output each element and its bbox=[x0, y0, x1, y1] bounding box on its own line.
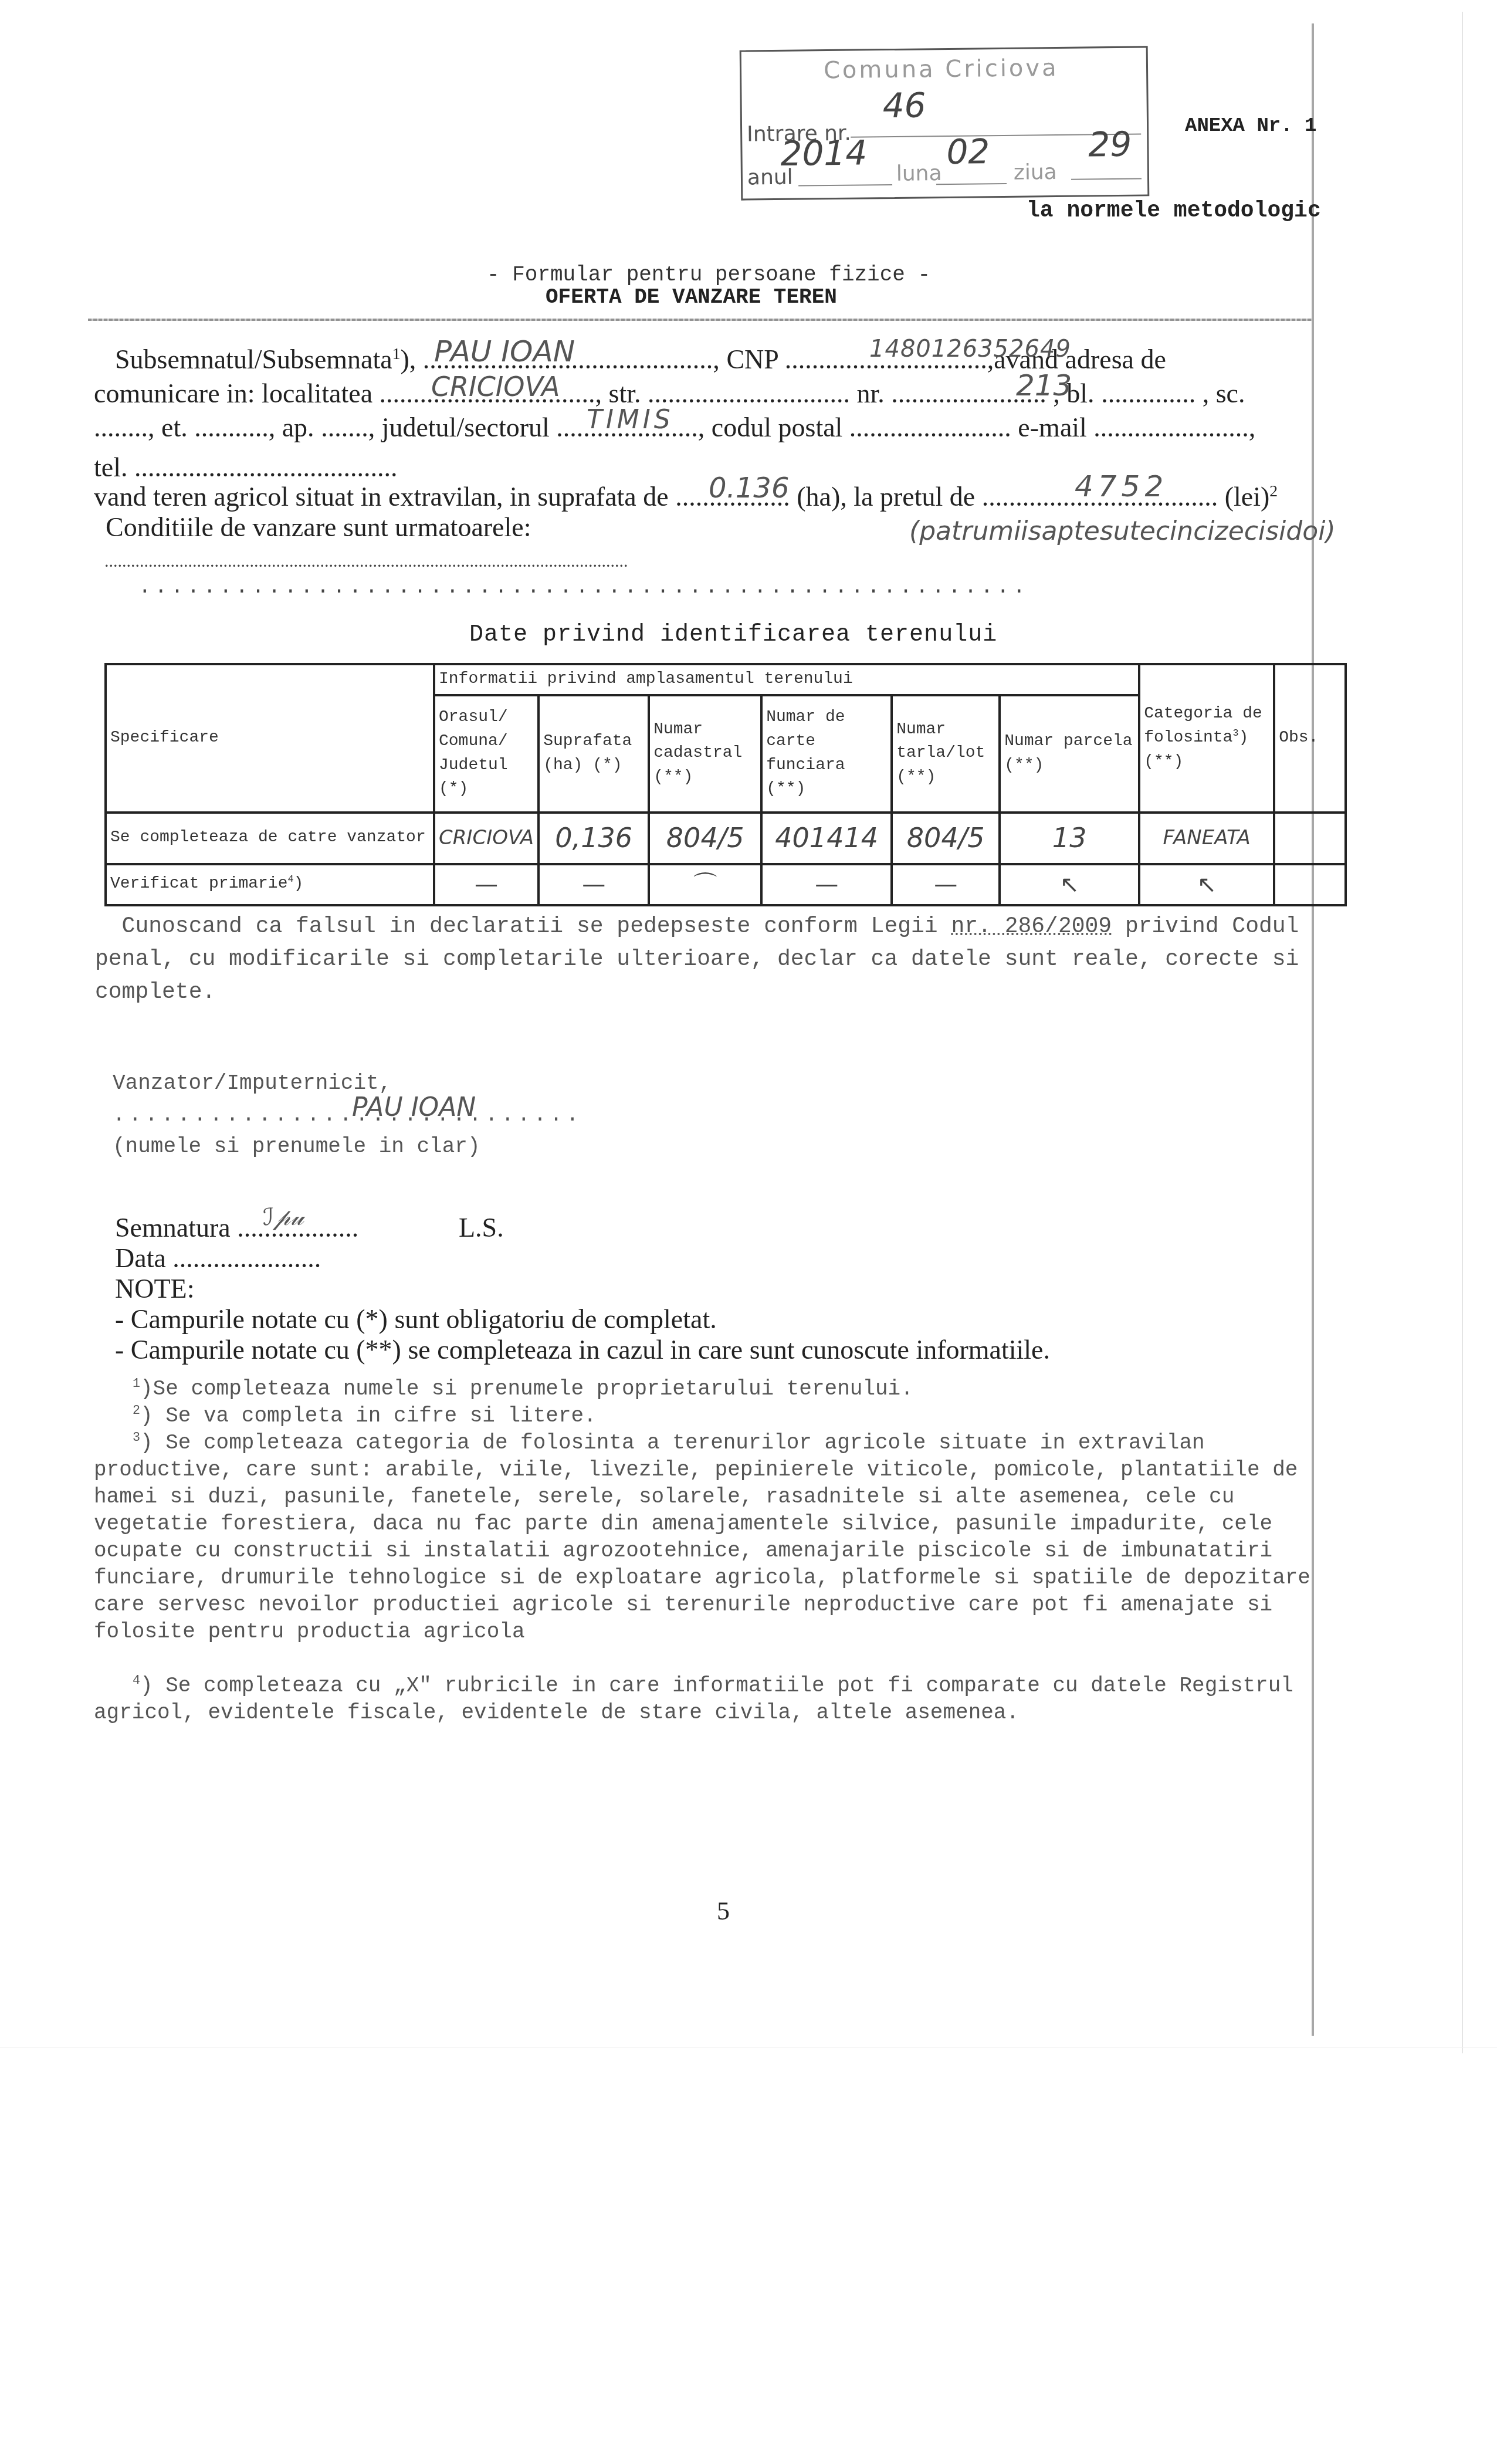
semnatura-line: Semnatura .................. bbox=[115, 1212, 358, 1243]
email-label: e-mail bbox=[1018, 412, 1087, 442]
offer-text: vand teren agricol situat in extravilan,… bbox=[94, 482, 669, 512]
declaration-text: Cunoscand ca falsul in declaratii se ped… bbox=[95, 911, 1309, 1009]
header-specificare: Specificare bbox=[106, 664, 434, 813]
cell-carte-funciara[interactable]: — bbox=[761, 864, 892, 905]
row-label: Se completeaza de catre vanzator bbox=[106, 813, 434, 864]
header-tarla: Numar tarla/lot (**) bbox=[892, 695, 1000, 813]
judet-field[interactable]: TIMIS bbox=[587, 405, 674, 435]
tel-label: tel. bbox=[94, 452, 127, 482]
table-row: Se completeaza de catre vanzator CRICIOV… bbox=[106, 813, 1346, 864]
price-in-words-field[interactable]: (patrumiisaptesutecincizecisidoi) bbox=[909, 516, 1336, 546]
cell-categoria[interactable]: ↖ bbox=[1139, 864, 1274, 905]
area-field[interactable]: 0.136 bbox=[709, 472, 789, 505]
cell-suprafata[interactable]: — bbox=[538, 864, 649, 905]
conditions-label: Conditiile de vanzare sunt urmatoarele: bbox=[106, 512, 531, 543]
scanned-page: Comuna Criciova 46 Intrare nr. anul 2014… bbox=[0, 0, 1497, 2464]
ha-label: (ha), la pretul de bbox=[797, 482, 975, 512]
note-item: - Campurile notate cu (*) sunt obligator… bbox=[115, 1304, 717, 1335]
header-group-amplasament: Informatii privind amplasamentul terenul… bbox=[434, 664, 1139, 695]
header-suprafata: Suprafata (ha) (*) bbox=[538, 695, 649, 813]
cell-orasul[interactable]: — bbox=[434, 864, 538, 905]
signature-field[interactable]: ℐ𝓅𝓊 bbox=[263, 1204, 304, 1231]
header-nr-cadastral: Numar cadastral (**) bbox=[649, 695, 761, 813]
land-identification-table: Specificare Informatii privind amplasame… bbox=[104, 663, 1347, 906]
data-line[interactable]: Data ...................... bbox=[115, 1243, 321, 1274]
cell-parcela[interactable]: 13 bbox=[1000, 813, 1139, 864]
note-item: - Campurile notate cu (**) se completeaz… bbox=[115, 1334, 1050, 1365]
stamp-organization: Comuna Criciova bbox=[824, 55, 1059, 84]
ap-label: ap. bbox=[282, 412, 314, 442]
cell-nr-cadastral[interactable]: 804/5 bbox=[649, 813, 761, 864]
cell-obs[interactable] bbox=[1274, 813, 1346, 864]
stamp-day: 29 bbox=[1088, 124, 1132, 165]
stamp-year: 2014 bbox=[780, 133, 867, 174]
nr-field[interactable]: 213 bbox=[1016, 368, 1072, 402]
page-number: 5 bbox=[717, 1896, 730, 1926]
et-label: et. bbox=[161, 412, 188, 442]
header-orasul: Orasul/ Comuna/ Judetul (*) bbox=[434, 695, 538, 813]
subsemnatul-label: Subsemnatul/Subsemnata bbox=[115, 344, 392, 374]
header-parcela: Numar parcela (**) bbox=[1000, 695, 1139, 813]
cnp-label: CNP bbox=[726, 344, 778, 374]
role-label: Vanzator/Imputernicit, bbox=[113, 1068, 582, 1099]
conditions-dots-1[interactable]: ........................................… bbox=[104, 551, 628, 571]
header-divider bbox=[88, 319, 1312, 321]
table-caption: Date privind identificarea terenului bbox=[469, 622, 997, 648]
cell-orasul[interactable]: CRICIOVA bbox=[434, 813, 538, 864]
signature-block: Vanzator/Imputernicit, .................… bbox=[113, 1068, 582, 1163]
stamp-month: 02 bbox=[946, 131, 990, 172]
notes-heading: NOTE: bbox=[115, 1273, 194, 1304]
ls-label: L.S. bbox=[459, 1212, 504, 1243]
cell-carte-funciara[interactable]: 401414 bbox=[761, 813, 892, 864]
stamp-day-label: ziua bbox=[1014, 160, 1057, 185]
comunicare-label: comunicare in: localitatea bbox=[94, 378, 372, 408]
registration-stamp: Comuna Criciova 46 Intrare nr. anul 2014… bbox=[740, 46, 1150, 200]
header-carte-funciara: Numar de carte funciara (**) bbox=[761, 695, 892, 813]
form-subtitle: - Formular pentru persoane fizice - bbox=[487, 263, 930, 287]
name-dots: ............................. bbox=[113, 1099, 582, 1131]
sc-label: sc. bbox=[1216, 378, 1245, 408]
cnp-field[interactable]: 1480126352649 bbox=[869, 336, 1071, 363]
footnote-4: 4) Se completeaza cu „X" rubricile in ca… bbox=[94, 1667, 1312, 1727]
header-obs: Obs. bbox=[1274, 664, 1346, 813]
cell-obs[interactable] bbox=[1274, 864, 1346, 905]
lei-label: (lei) bbox=[1225, 482, 1270, 512]
scan-edge-far bbox=[1462, 12, 1463, 2053]
scan-edge-shadow bbox=[1312, 23, 1314, 2036]
law-reference: nr. 286/2009 bbox=[951, 914, 1112, 939]
header-categoria: Categoria de folosinta3) (**) bbox=[1139, 664, 1274, 813]
cell-suprafata[interactable]: 0,136 bbox=[538, 813, 649, 864]
cell-tarla[interactable]: — bbox=[892, 864, 1000, 905]
str-label: str. bbox=[609, 378, 641, 408]
stamp-entry-number: 46 bbox=[882, 85, 926, 126]
name-hint: (numele si prenumele in clar) bbox=[113, 1131, 582, 1163]
footnote-3: 3) Se completeaza categoria de folosinta… bbox=[94, 1424, 1312, 1667]
price-field[interactable]: 4752 bbox=[1075, 469, 1168, 503]
seller-name-field[interactable]: PAU IOAN bbox=[434, 334, 575, 368]
conditions-dots-2[interactable]: ........................................… bbox=[138, 575, 1029, 599]
table-row: Verificat primarie4) — — ⌒ — — ↖ ↖ bbox=[106, 864, 1346, 905]
stamp-month-label: luna bbox=[896, 161, 942, 186]
cell-tarla[interactable]: 804/5 bbox=[892, 813, 1000, 864]
cod-postal-label: codul postal bbox=[712, 412, 843, 442]
cell-parcela[interactable]: ↖ bbox=[1000, 864, 1139, 905]
judet-label: judetul/sectorul bbox=[382, 412, 550, 442]
seller-name-clear-field[interactable]: PAU IOAN bbox=[352, 1092, 476, 1122]
row-label: Verificat primarie4) bbox=[106, 864, 434, 905]
anexa-label: ANEXA Nr. 1 bbox=[1185, 115, 1316, 137]
form-title: OFERTA DE VANZARE TEREN bbox=[546, 285, 837, 309]
seller-line-4: tel. ...................................… bbox=[94, 452, 397, 483]
scan-bottom-edge bbox=[0, 2047, 1497, 2048]
nr-label: nr. bbox=[857, 378, 885, 408]
cell-categoria[interactable]: FANEATA bbox=[1139, 813, 1274, 864]
seller-line-3: ........, et. ..........., ap. ......., … bbox=[94, 412, 1255, 443]
cell-nr-cadastral[interactable]: ⌒ bbox=[649, 864, 761, 905]
normele-label: la normele metodologic bbox=[1027, 198, 1321, 224]
localitate-field[interactable]: CRICIOVA bbox=[431, 371, 560, 402]
